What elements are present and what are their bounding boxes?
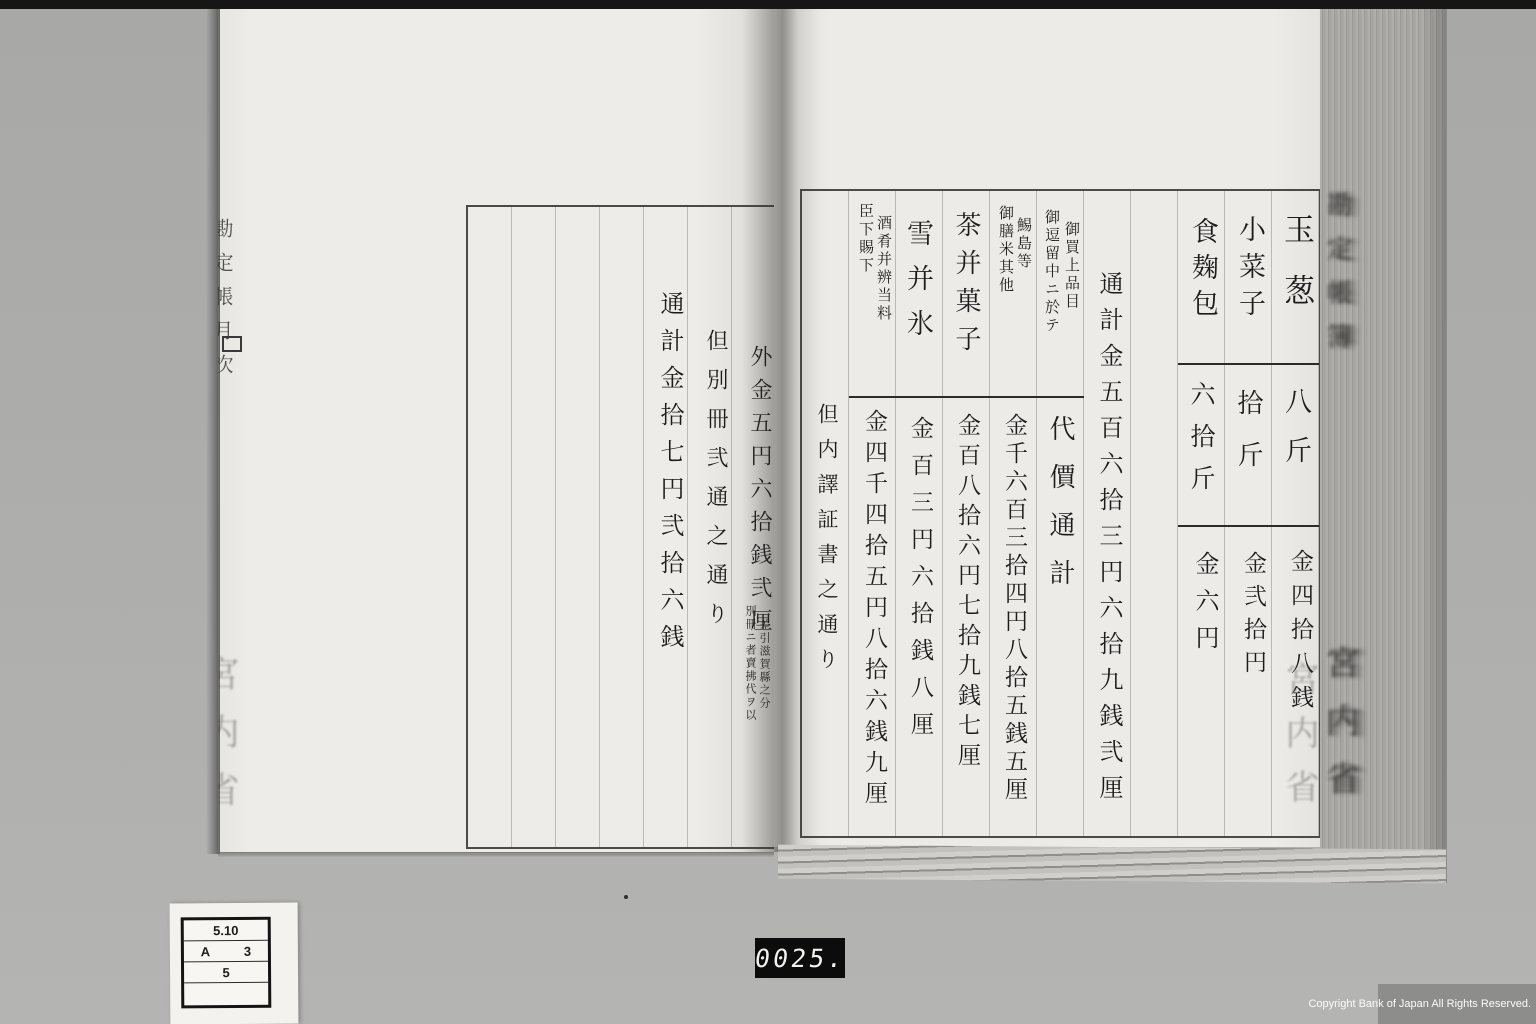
section-header-line1: 御逗留中ニ於テ	[1044, 209, 1059, 335]
label-row-2: A 3	[184, 940, 268, 962]
items-divider-1	[1178, 363, 1319, 365]
right-note: 但内譯証書之通り	[816, 403, 837, 683]
left-extra-note-line2: 差引滋賀縣之分	[759, 619, 770, 710]
category-price: 金千六百三拾四円八拾五銭五厘	[1002, 413, 1025, 805]
item-price: 金弐拾円	[1241, 551, 1264, 683]
section-header-line2: 御買上品目	[1064, 221, 1079, 311]
fore-edge-stamp-smear: 宮内省	[1322, 645, 1356, 819]
fore-edge-shade	[1421, 9, 1447, 883]
category-name-line1: 御膳米其他	[998, 205, 1013, 295]
left-page-ruled-frame: 通計金五千九百六拾六円八銭九厘 御道筋ニ者御通輦無之宿駅用意 滋賀縣下水口ヨリ三…	[466, 205, 774, 849]
fore-edge-title-smear: 勘定帳簿	[1324, 191, 1350, 367]
category-name-line2: 鯣島等	[1016, 217, 1031, 271]
left-extra-amount: 外金五円六拾銭弐厘	[748, 345, 770, 642]
label-row-3: 5	[184, 961, 268, 983]
right-page-ruled-frame: 玉葱 八斤 金四拾八銭 小菜子 拾斤 金弐拾円 食麹包 六拾斤 金六円 通計金五…	[800, 189, 1320, 838]
right-subtotal-label: 代價通計	[1047, 415, 1073, 607]
left-page-cut-edge	[206, 9, 220, 854]
section-divider	[849, 396, 1084, 398]
copyright-text: Copyright Bank of Japan All Rights Reser…	[1308, 998, 1531, 1010]
label-row-1: 5.10	[184, 920, 268, 941]
category-price: 金百八拾六円七拾九銭七厘	[955, 413, 978, 773]
dust-speck	[624, 895, 628, 899]
item-price: 金六円	[1193, 551, 1217, 662]
left-page-bottom-shadow	[218, 852, 774, 857]
item-qty: 拾斤	[1235, 389, 1261, 493]
category-name-line2: 酒肴并辨当料	[876, 215, 891, 323]
label-series-letter: A	[201, 944, 210, 959]
category-name-line1: 茶并菓子	[953, 211, 979, 363]
category-price: 金百三円六拾銭八厘	[908, 416, 931, 749]
category-name-line1: 雪并氷	[904, 219, 931, 354]
edge-bracket-mark	[222, 336, 242, 352]
item-name: 玉葱	[1280, 213, 1311, 335]
item-name: 小菜子	[1236, 215, 1263, 326]
left-extra-note-line1: 別冊ニ者賣拂代ヲ以	[745, 605, 756, 722]
items-total: 通計金五百六拾三円六拾九銭弐厘	[1097, 271, 1121, 811]
label-volume-number: 5	[222, 965, 229, 980]
label-series-number: 3	[244, 943, 251, 958]
items-divider-2	[1178, 525, 1319, 527]
frame-counter-display: 0025.	[755, 938, 845, 978]
item-name: 食麹包	[1189, 217, 1216, 325]
label-row-4	[184, 982, 268, 1006]
category-price: 金四千四拾五円八拾六銭九厘	[862, 409, 885, 812]
left-note: 但別冊弐通之通り	[704, 329, 726, 641]
item-qty: 六拾斤	[1189, 381, 1214, 507]
left-page-edge-label: 勘定帳月次	[218, 218, 232, 388]
item-qty: 八斤	[1282, 387, 1309, 485]
right-page: 玉葱 八斤 金四拾八銭 小菜子 拾斤 金弐拾円 食麹包 六拾斤 金六円 通計金五…	[774, 9, 1320, 847]
left-page-edge-stamp: 宮内省	[218, 655, 236, 829]
archive-label-table: 5.10 A 3 5	[181, 917, 272, 1009]
left-page: 勘定帳月次 宮内省 通計金五千九百六拾六円八銭九厘 御道筋ニ者御通輦無之宿駅用意…	[218, 9, 774, 854]
photo-top-border	[0, 0, 1536, 9]
right-page-edge-stamp: 宮内省	[1282, 661, 1316, 823]
bottom-page-stack	[778, 845, 1446, 884]
archival-book-photo: 勘定帳月次 宮内省 通計金五千九百六拾六円八銭九厘 御道筋ニ者御通輦無之宿駅用意…	[0, 0, 1536, 1024]
left-total: 通計金拾七円弐拾六銭	[658, 291, 682, 661]
label-call-number: 5.10	[213, 922, 238, 937]
book-fore-edge: 勘定帳簿 宮内省	[1320, 9, 1447, 883]
archive-label-card: 5.10 A 3 5	[170, 903, 299, 1024]
frame-counter-digits: 0025.	[753, 944, 847, 973]
category-name-line1: 臣下賜下	[858, 203, 873, 275]
